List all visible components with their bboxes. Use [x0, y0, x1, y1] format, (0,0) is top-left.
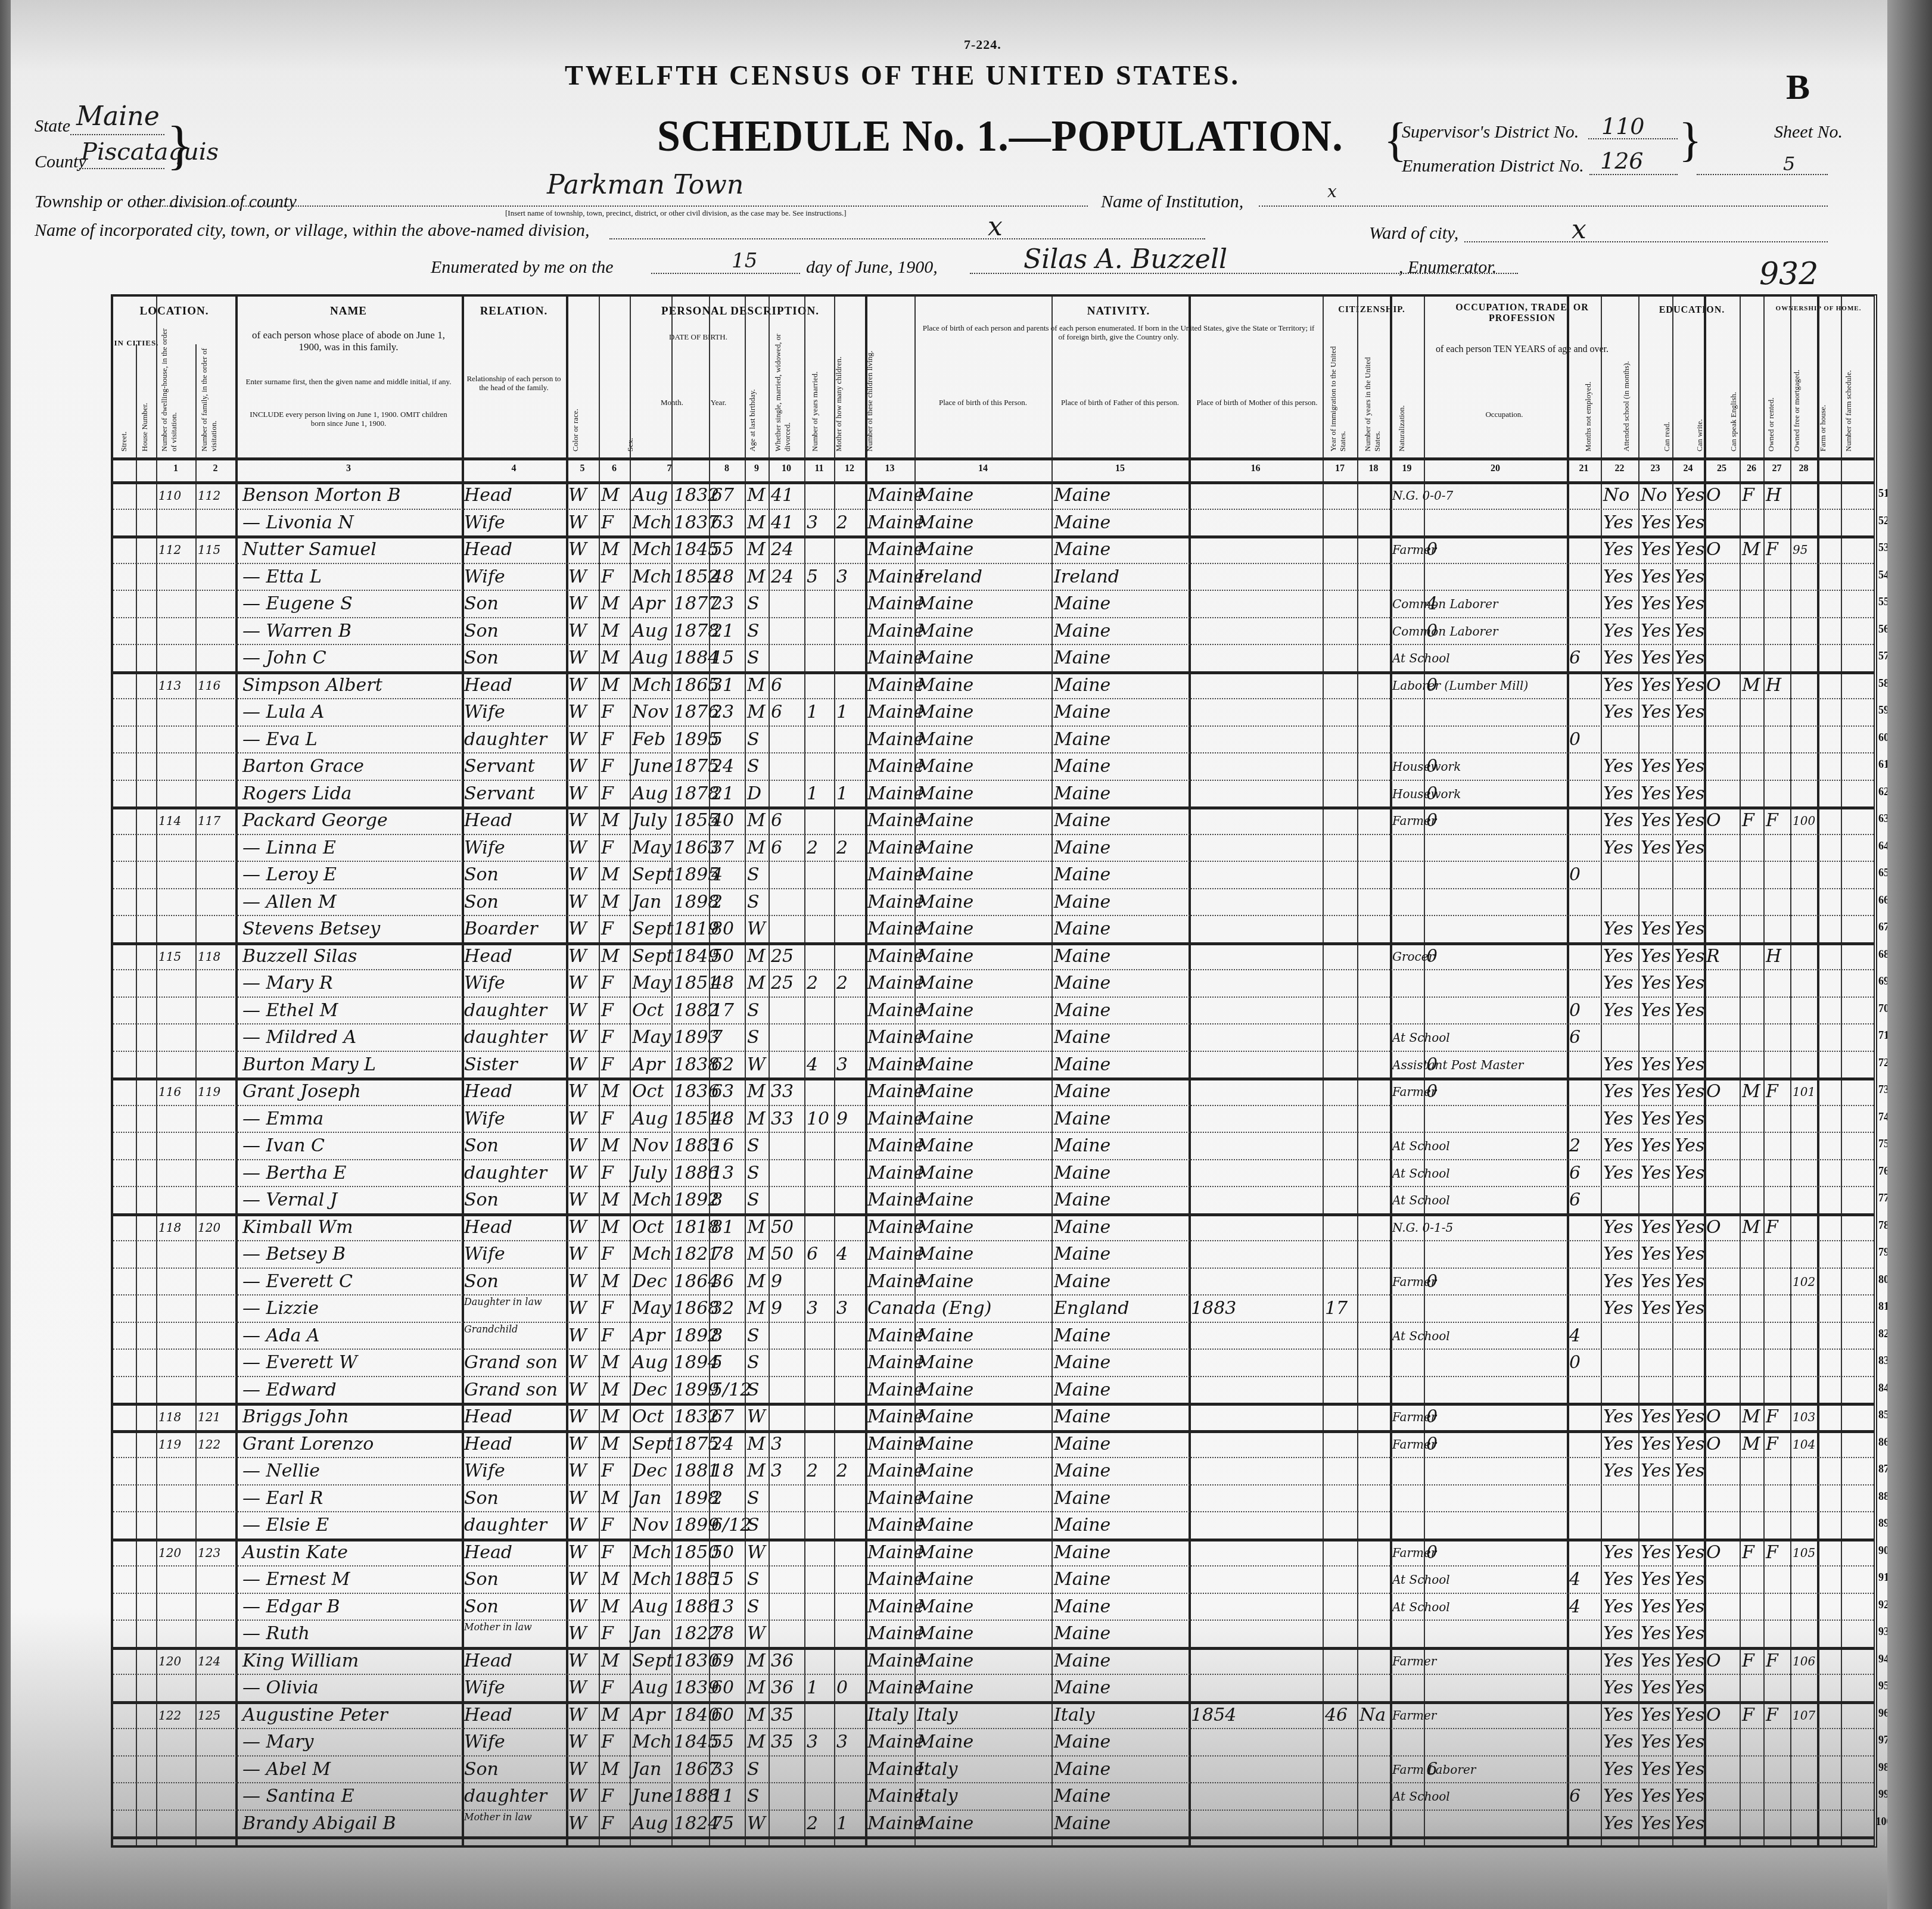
cell-color: W	[568, 783, 587, 804]
state-county-brace: }	[167, 119, 192, 173]
cell-age: 69	[711, 1650, 734, 1671]
cell-month: May	[632, 973, 671, 994]
birthplace-mother-header: Place of birth of Mother of this person.	[1191, 398, 1323, 407]
cell-bm: Maine	[1054, 1759, 1110, 1780]
cell-bm: Maine	[1054, 1352, 1110, 1373]
cell-unemp: 0	[1426, 1542, 1438, 1563]
cell-year: 1832	[674, 485, 709, 506]
cell-farm: H	[1766, 946, 1781, 967]
cell-month: Sept	[632, 918, 671, 939]
cell-marital: W	[747, 1054, 766, 1075]
cell-year: 1851	[674, 973, 709, 994]
cell-relation: Wife	[464, 1732, 505, 1752]
cell-color: W	[568, 1189, 587, 1210]
cell-sex: F	[601, 512, 614, 533]
cell-name: — Eugene S	[242, 593, 353, 614]
column-number: 21	[1567, 463, 1601, 474]
cell-color: W	[568, 593, 587, 614]
cell-farm: H	[1766, 485, 1781, 506]
cell-relation: Son	[464, 1135, 499, 1156]
cell-relation: daughter	[464, 1000, 547, 1021]
cell-name: — Edgar B	[242, 1596, 340, 1617]
cell-bm: Maine	[1054, 1217, 1110, 1238]
cell-sex: F	[601, 702, 614, 723]
cell-color: W	[568, 756, 587, 777]
cell-speak: Yes	[1675, 810, 1704, 831]
cell-bp: Maine	[867, 566, 914, 587]
column-number: 1	[156, 463, 195, 474]
cell-occ: N.G. 0-0-7	[1392, 488, 1424, 503]
ward-value: x	[1572, 214, 1586, 245]
cell-marital: M	[747, 1244, 766, 1265]
column-number: 28	[1790, 463, 1817, 474]
cell-bf: Maine	[917, 973, 973, 994]
cell-sex: F	[601, 1325, 614, 1346]
cell-speak: Yes	[1675, 1813, 1704, 1834]
cell-year: 1819	[674, 918, 709, 939]
farm-schedule-header: Number of farm schedule.	[1844, 332, 1853, 451]
cell-mort: M	[1742, 1217, 1760, 1238]
cell-month: July	[632, 1163, 667, 1184]
cell-sex: F	[601, 918, 614, 939]
cell-sex: M	[601, 1352, 620, 1373]
cell-bf: Maine	[917, 1189, 973, 1210]
cell-year: 1821	[674, 1244, 709, 1265]
cell-relation: Head	[464, 1650, 512, 1671]
cell-age: 8	[711, 1325, 723, 1346]
cell-speak: Yes	[1675, 675, 1704, 696]
cell-month: Jan	[632, 892, 661, 913]
cell-marital: W	[747, 1623, 766, 1644]
cell-ym: 35	[771, 1705, 794, 1726]
relation-description: Relationship of each person to the head …	[465, 374, 563, 392]
cell-marital: S	[747, 621, 760, 641]
cell-write: Yes	[1641, 1650, 1670, 1671]
street-header: Street.	[119, 386, 129, 451]
cell-mort: F	[1742, 810, 1754, 831]
cell-read: Yes	[1603, 1460, 1633, 1481]
cell-month: July	[632, 810, 667, 831]
cell-ym: 25	[771, 946, 794, 967]
cell-dwelling: 122	[158, 1708, 181, 1723]
supervisor-district-value: 110	[1601, 113, 1645, 139]
cell-month: Oct	[632, 1000, 664, 1021]
cell-age: 21	[711, 621, 734, 641]
cell-color: W	[568, 1108, 587, 1129]
cell-bp: Maine	[867, 810, 914, 831]
cell-marital: M	[747, 1705, 766, 1726]
cell-name: — Elsie E	[242, 1515, 329, 1536]
header-divider	[113, 457, 1874, 460]
cell-color: W	[568, 1786, 587, 1807]
cell-relation: daughter	[464, 729, 547, 750]
cell-mother: 6	[807, 1244, 818, 1265]
city-fill-line	[609, 238, 1205, 239]
cell-bf: Maine	[917, 1081, 973, 1102]
cell-bp: Maine	[867, 1081, 914, 1102]
cell-bf: Maine	[917, 675, 973, 696]
cell-name: Simpson Albert	[242, 675, 382, 696]
cell-ym: 24	[771, 539, 794, 560]
cell-bp: Maine	[867, 1217, 914, 1238]
cell-mort: F	[1742, 1705, 1754, 1726]
table-row: — Mildred AdaughterWFMay18937SMaineMaine…	[113, 1023, 1874, 1051]
cell-living: 2	[836, 512, 848, 533]
cell-living: 0	[836, 1677, 848, 1698]
cell-color: W	[568, 973, 587, 994]
table-row: 112115Nutter SamuelHeadWMMch184555M24Mai…	[113, 535, 1874, 563]
cell-year: 1894	[674, 1352, 709, 1373]
cell-ym: 25	[771, 973, 794, 994]
cell-speak: Yes	[1675, 566, 1704, 587]
cell-speak: Yes	[1675, 1542, 1704, 1563]
cell-age: 4	[711, 864, 723, 885]
cell-relation: Head	[464, 1542, 512, 1563]
cell-yrs: 17	[1325, 1298, 1348, 1319]
cell-farm: F	[1766, 1542, 1778, 1563]
cell-year: 1899	[674, 1515, 709, 1536]
cell-relation: Son	[464, 621, 499, 641]
cell-ym: 9	[771, 1298, 782, 1319]
column-number: 7	[630, 463, 709, 474]
cell-write: Yes	[1641, 539, 1670, 560]
enumerated-day-fill-line	[651, 273, 800, 274]
column-number: 25	[1704, 463, 1740, 474]
cell-speak: Yes	[1675, 702, 1704, 723]
cell-speak: Yes	[1675, 1705, 1704, 1726]
name-include-note: INCLUDE every person living on June 1, 1…	[245, 410, 452, 428]
cell-school: 2	[1569, 1135, 1581, 1156]
cell-bf: Ireland	[917, 566, 982, 587]
cell-bm: Maine	[1054, 1623, 1110, 1644]
cell-name: — Vernal J	[242, 1189, 337, 1210]
cell-read: Yes	[1603, 647, 1633, 668]
cell-name: — Warren B	[242, 621, 351, 641]
cell-bm: Maine	[1054, 1163, 1110, 1184]
cell-bm: Maine	[1054, 539, 1110, 560]
cell-mother: 2	[807, 837, 818, 858]
cell-nat: Na	[1359, 1705, 1386, 1726]
cell-write: Yes	[1641, 1542, 1670, 1563]
cell-name: — Santina E	[242, 1786, 354, 1807]
cell-marital: S	[747, 1515, 760, 1536]
cell-bf: Maine	[917, 1515, 973, 1536]
cell-own: O	[1706, 1705, 1721, 1726]
cell-marital: M	[747, 1732, 766, 1752]
cell-month: Mch	[632, 1189, 671, 1210]
cell-bf: Maine	[917, 1000, 973, 1021]
cell-bf: Maine	[917, 512, 973, 533]
cell-bm: Maine	[1054, 1135, 1110, 1156]
cell-living: 1	[836, 702, 848, 723]
cell-relation: Wife	[464, 512, 505, 533]
cell-speak: Yes	[1675, 621, 1704, 641]
cell-month: Sept	[632, 946, 671, 967]
table-row: — Eva LdaughterWFFeb18955SMaineMaineMain…	[113, 725, 1874, 753]
cell-sex: F	[601, 1298, 614, 1319]
cell-speak: Yes	[1675, 1759, 1704, 1780]
table-row: — EmmaWifeWFAug185148M33109MaineMaineMai…	[113, 1105, 1874, 1133]
cell-age: 31	[711, 675, 734, 696]
table-row: — Leroy ESonWMSept18954SMaineMaineMaine0	[113, 861, 1874, 889]
cell-sched: 106	[1793, 1654, 1815, 1668]
cell-school: 6	[1569, 1786, 1581, 1807]
cell-age: 48	[711, 566, 734, 587]
cell-month: Aug	[632, 783, 668, 804]
cell-bp: Maine	[867, 1000, 914, 1021]
cell-speak: Yes	[1675, 1623, 1704, 1644]
cell-sex: M	[601, 1488, 620, 1509]
cell-bm: Maine	[1054, 729, 1110, 750]
cell-bm: Maine	[1054, 675, 1110, 696]
cell-bp: Maine	[867, 1163, 914, 1184]
cell-speak: Yes	[1675, 756, 1704, 777]
cell-unemp: 0	[1426, 1081, 1438, 1102]
table-row: — Allen MSonWMJan18982SMaineMaineMaine	[113, 888, 1874, 916]
name-description: of each person whose place of abode on J…	[245, 329, 452, 353]
cell-ym: 33	[771, 1081, 794, 1102]
cell-age: 24	[711, 1434, 734, 1455]
cell-occ: Housework	[1392, 787, 1424, 801]
cell-read: Yes	[1603, 810, 1633, 831]
cell-age: 33	[711, 1759, 734, 1780]
cell-year: 1893	[674, 1027, 709, 1048]
cell-relation: Son	[464, 1189, 499, 1210]
cell-sex: F	[601, 1732, 614, 1752]
cell-marital: M	[747, 1460, 766, 1481]
cell-bp: Maine	[867, 1515, 914, 1536]
cell-color: W	[568, 1623, 587, 1644]
cell-bf: Maine	[917, 1027, 973, 1048]
year-header: Year.	[695, 398, 742, 407]
can-write-header: Can write.	[1695, 386, 1704, 451]
cell-sex: M	[601, 1569, 620, 1590]
cell-farm: F	[1766, 1650, 1778, 1671]
cell-family: 121	[198, 1410, 220, 1424]
cell-month: Mch	[632, 539, 671, 560]
cell-color: W	[568, 1488, 587, 1509]
cell-age: 60	[711, 1705, 734, 1726]
column-number: 12	[834, 463, 865, 474]
cell-age: 24	[711, 756, 734, 777]
cell-relation: daughter	[464, 1027, 547, 1048]
cell-write: Yes	[1641, 1813, 1670, 1834]
cell-imm: 1883	[1191, 1298, 1236, 1319]
cell-read: Yes	[1603, 1271, 1633, 1292]
cell-marital: M	[747, 810, 766, 831]
table-row: — Eugene SSonWMApr187723SMaineMaineMaine…	[113, 590, 1874, 618]
cell-mother: 2	[807, 1460, 818, 1481]
cell-bp: Maine	[867, 621, 914, 641]
table-row: 118121Briggs JohnHeadWMOct183267WMaineMa…	[113, 1403, 1874, 1431]
cell-bp: Maine	[867, 1135, 914, 1156]
cell-name: Austin Kate	[242, 1542, 348, 1563]
cell-color: W	[568, 539, 587, 560]
cell-write: Yes	[1641, 1000, 1670, 1021]
table-row: — Everett WGrand sonWMAug18945SMaineMain…	[113, 1349, 1874, 1377]
cell-color: W	[568, 1027, 587, 1048]
cell-sex: M	[601, 1135, 620, 1156]
supervisor-district-label: Supervisor's District No.	[1402, 122, 1579, 142]
cell-month: Mch	[632, 1732, 671, 1752]
cell-speak: Yes	[1675, 1135, 1704, 1156]
cell-farm: F	[1766, 1406, 1778, 1427]
population-table: LOCATION. IN CITIES. NAME of each person…	[111, 294, 1877, 1848]
cell-bp: Maine	[867, 647, 914, 668]
cell-living: 3	[836, 566, 848, 587]
cell-bm: Maine	[1054, 512, 1110, 533]
cell-month: Mch	[632, 1542, 671, 1563]
cell-bf: Maine	[917, 1623, 973, 1644]
cell-bm: Maine	[1054, 702, 1110, 723]
cell-bp: Maine	[867, 1596, 914, 1617]
enumeration-district-value: 126	[1600, 148, 1644, 174]
cell-dwelling: 112	[158, 543, 181, 557]
cell-age: 80	[711, 918, 734, 939]
cell-name: Kimball Wm	[242, 1217, 353, 1238]
cell-month: Feb	[632, 729, 665, 750]
cell-age: 81	[711, 1217, 734, 1238]
cell-occ: Farmer	[1392, 1410, 1424, 1424]
cell-age: 18	[711, 1460, 734, 1481]
cell-family: 115	[198, 543, 220, 557]
occupation-subheader: Occupation.	[1430, 410, 1579, 419]
cell-year: 1839	[674, 1677, 709, 1698]
cell-bp: Maine	[867, 1460, 914, 1481]
table-row: — EdwardGrand sonWMDec18995/12SMaineMain…	[113, 1376, 1874, 1404]
cell-month: Apr	[632, 1054, 665, 1075]
cell-ym: 3	[771, 1460, 782, 1481]
cell-name: — Ruth	[242, 1623, 310, 1644]
cell-occ: Farmer	[1392, 1708, 1424, 1723]
table-row: 113116Simpson AlbertHeadWMMch186531M6Mai…	[113, 671, 1874, 699]
cell-imm: 1854	[1191, 1705, 1236, 1726]
cell-write: Yes	[1641, 1081, 1670, 1102]
enumerator-label: , Enumerator.	[1399, 257, 1497, 278]
cell-write: Yes	[1641, 1244, 1670, 1265]
cell-bm: Maine	[1054, 1108, 1110, 1129]
cell-bm: Maine	[1054, 837, 1110, 858]
cell-family: 122	[198, 1437, 220, 1452]
cell-name: Burton Mary L	[242, 1054, 376, 1075]
table-row: Burton Mary LSisterWFApr183862W43MaineMa…	[113, 1051, 1874, 1079]
cell-marital: S	[747, 1379, 760, 1400]
cell-color: W	[568, 1000, 587, 1021]
cell-read: Yes	[1603, 918, 1633, 939]
cell-sex: M	[601, 1434, 620, 1455]
cell-bf: Maine	[917, 783, 973, 804]
cell-year: 1845	[674, 1732, 709, 1752]
cell-speak: Yes	[1675, 1569, 1704, 1590]
cell-age: 37	[711, 837, 734, 858]
cell-color: W	[568, 892, 587, 913]
cell-ym: 33	[771, 1108, 794, 1129]
cell-name: — Betsey B	[242, 1244, 346, 1265]
sheet-no-label: Sheet No.	[1774, 122, 1843, 142]
cell-unemp: 0	[1426, 1271, 1438, 1292]
cell-speak: Yes	[1675, 1271, 1704, 1292]
cell-year: 1875	[674, 756, 709, 777]
table-row: — LizzieDaughter in lawWFMay186832M933Ca…	[113, 1294, 1874, 1322]
cell-speak: Yes	[1675, 1434, 1704, 1455]
cell-sex: F	[601, 756, 614, 777]
cell-bp: Canada (Eng)	[867, 1298, 914, 1319]
cell-name: — Earl R	[242, 1488, 323, 1509]
cell-marital: S	[747, 1569, 760, 1590]
cell-marital: S	[747, 1027, 760, 1048]
cell-marital: S	[747, 1325, 760, 1346]
cell-occ: Assistant Post Master	[1392, 1058, 1424, 1072]
cell-color: W	[568, 512, 587, 533]
column-number: 10	[769, 463, 804, 474]
cell-occ: At School	[1392, 1572, 1424, 1587]
cell-bm: Maine	[1054, 621, 1110, 641]
cell-write: Yes	[1641, 1732, 1670, 1752]
cell-marital: M	[747, 512, 766, 533]
cell-relation: Grand son	[464, 1352, 558, 1373]
cell-read: Yes	[1603, 1813, 1633, 1834]
cell-color: W	[568, 837, 587, 858]
schedule-title: SCHEDULE No. 1.—POPULATION.	[657, 112, 1343, 162]
cell-school: 4	[1569, 1325, 1581, 1346]
cell-unemp: 0	[1426, 783, 1438, 804]
cell-color: W	[568, 810, 587, 831]
stamp-number: 932	[1759, 256, 1818, 292]
cell-age: 63	[711, 512, 734, 533]
cell-read: Yes	[1603, 675, 1633, 696]
form-number: 7-224.	[964, 37, 1001, 52]
cell-dwelling: 119	[158, 1437, 181, 1452]
cell-living: 4	[836, 1244, 848, 1265]
column-number: 23	[1638, 463, 1672, 474]
cell-month: Sept	[632, 864, 671, 885]
cell-year: 1895	[674, 864, 709, 885]
cell-read: Yes	[1603, 1542, 1633, 1563]
cell-write: Yes	[1641, 783, 1670, 804]
table-row: — RuthMother in lawWFJan182278WMaineMain…	[113, 1620, 1874, 1648]
cell-marital: M	[747, 566, 766, 587]
cell-write: Yes	[1641, 973, 1670, 994]
cell-sex: F	[601, 973, 614, 994]
cell-mother: 1	[807, 702, 818, 723]
cell-age: 5	[711, 729, 723, 750]
cell-bp: Maine	[867, 892, 914, 913]
cell-bf: Maine	[917, 1542, 973, 1563]
cell-sex: F	[601, 837, 614, 858]
cell-name: — Everett W	[242, 1352, 357, 1373]
cell-month: Oct	[632, 1406, 664, 1427]
cell-marital: S	[747, 729, 760, 750]
cell-year: 1855	[674, 810, 709, 831]
cell-bp: Maine	[867, 1379, 914, 1400]
cell-sex: F	[601, 729, 614, 750]
cell-read: Yes	[1603, 1677, 1633, 1698]
cell-bf: Maine	[917, 1596, 973, 1617]
cell-mother: 5	[807, 566, 818, 587]
cell-sex: F	[601, 1163, 614, 1184]
cell-relation: Head	[464, 675, 512, 696]
cell-sex: M	[601, 810, 620, 831]
cell-living: 9	[836, 1108, 848, 1129]
cell-year: 1885	[674, 1569, 709, 1590]
cell-write: Yes	[1641, 1054, 1670, 1075]
cell-color: W	[568, 1705, 587, 1726]
cell-sex: M	[601, 1081, 620, 1102]
cell-read: Yes	[1603, 593, 1633, 614]
cell-sched: 100	[1793, 814, 1815, 828]
cell-bp: Maine	[867, 512, 914, 533]
cell-marital: M	[747, 1271, 766, 1292]
